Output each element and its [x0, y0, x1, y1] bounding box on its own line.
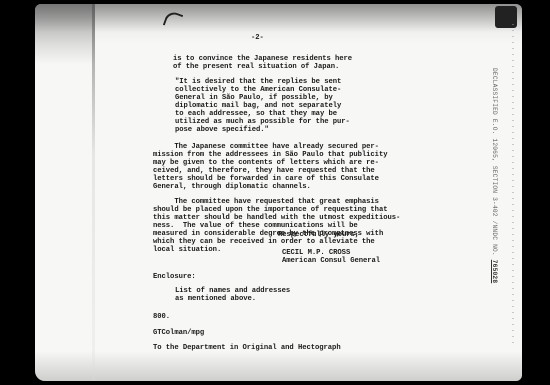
document-page: -2- is to convince the Japanese resident…: [35, 4, 522, 381]
signature-title: American Consul General: [282, 257, 380, 265]
paragraph-2-line: General, through diplomatic channels.: [153, 183, 311, 191]
initials: GTColman/mpg: [153, 329, 204, 337]
scan-shadow-bottom: [35, 351, 522, 381]
paragraph-3-line: should be placed upon the importance of …: [153, 206, 387, 214]
declassified-stamp: DECLASSIFIED E.O. 12065, SECTION 3-402 /…: [491, 68, 498, 283]
quote-line: General in São Paulo, if possible, by: [175, 94, 333, 102]
paragraph-2-line: mission from the addressees in São Paulo…: [153, 151, 387, 159]
quote-line: pose above specified.": [175, 126, 269, 134]
paragraph-3-line: The committee have requested that great …: [153, 198, 379, 206]
quote-line: collectively to the American Consulate-: [175, 86, 341, 94]
quote-line: diplomatic mail bag, and not separately: [175, 102, 341, 110]
paragraph-3-line: which they can be received in order to a…: [153, 238, 375, 246]
quote-line: to each addressee, so that they may be: [175, 110, 337, 118]
scan-shadow-top: [35, 4, 522, 44]
page-fold-line: [92, 4, 95, 381]
distribution-note: To the Department in Original and Hectog…: [153, 344, 341, 352]
enclosure-label: Enclosure:: [153, 273, 196, 281]
enclosure-line: as mentioned above.: [175, 295, 256, 303]
paragraph-2-line: ceived, and, therefore, they have reques…: [153, 167, 375, 175]
signature-name: CECIL M.P. CROSS: [282, 249, 350, 257]
edge-speckle: [512, 24, 514, 344]
paragraph-1-line: is to convince the Japanese residents he…: [173, 55, 352, 63]
declassified-stamp-text: DECLASSIFIED E.O. 12065, SECTION 3-402 /…: [491, 68, 498, 260]
closing: Respectfully yours,: [278, 231, 359, 239]
enclosure-line: List of names and addresses: [175, 287, 290, 295]
declassified-stamp-number: 765028: [491, 260, 498, 283]
paragraph-1-line: of the present real situation of Japan.: [173, 63, 339, 71]
scan-shadow-corner: [35, 4, 95, 64]
paragraph-2-line: The Japanese committee have already secu…: [153, 143, 379, 151]
file-number: 800.: [153, 313, 170, 321]
quote-line: utilized as much as possible for the pur…: [175, 118, 350, 126]
paragraph-2-line: may be given to the contents of letters …: [153, 159, 379, 167]
paragraph-2-line: letters should be forwarded in care of t…: [153, 175, 379, 183]
page-number: -2-: [251, 34, 264, 42]
quote-line: "It is desired that the replies be sent: [175, 78, 341, 86]
paragraph-3-line: this matter should be handled with the u…: [153, 214, 400, 222]
paragraph-3-line: local situation.: [153, 246, 221, 254]
paragraph-3-line: ness. The value of these communications …: [153, 222, 358, 230]
